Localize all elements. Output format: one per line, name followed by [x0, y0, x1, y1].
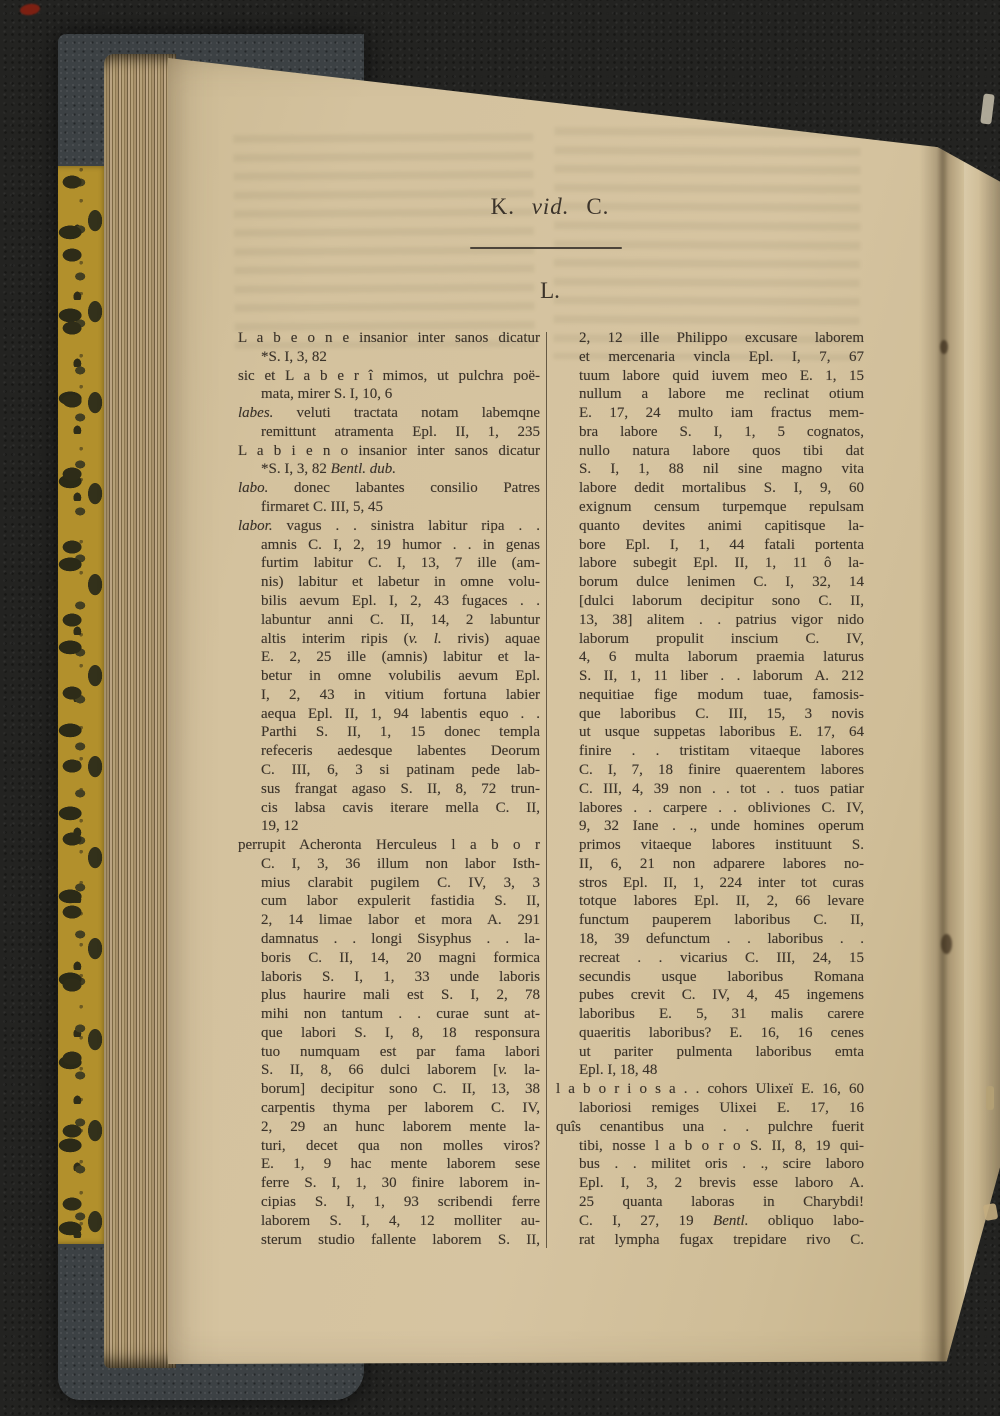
- gutter-crease: [920, 138, 964, 1393]
- text-line: Epl. I, 3, 2 brevis esse laboro A.: [579, 1174, 864, 1193]
- text-line: carpentis thyma per laborem C. IV,: [261, 1099, 540, 1118]
- text-line: bus . . militet oris . ., scire laboro: [579, 1155, 864, 1174]
- text-line: labore dedit mortalibus S. I, 9, 60: [579, 479, 864, 498]
- text-line: que laboribus C. III, 15, 3 novis: [579, 705, 864, 724]
- text-line: labore subegit Epl. II, 1, 11 ô la-: [579, 554, 864, 573]
- text-line: bra labore S. I, 1, 5 cognatos,: [579, 423, 864, 442]
- text-line: cipias S. I, 1, 93 scribendi ferre: [261, 1193, 540, 1212]
- text-line: Epl. I, 18, 48: [579, 1061, 864, 1080]
- text-line: I, 2, 43 in vitium fortuna labier: [261, 686, 540, 705]
- text-line: bilis aevum Epl. I, 2, 43 fugaces . .: [261, 592, 540, 611]
- text-line: boris C. II, 14, 20 magni formica: [261, 949, 540, 968]
- text-line: recreat . . vicarius C. III, 24, 15: [579, 949, 864, 968]
- text-line: labes. veluti tractata notam labemqne: [238, 404, 540, 423]
- text-line: laboribus E. 5, 31 malis carere: [579, 1005, 864, 1024]
- text-line: stros Epl. II, 1, 224 inter tot curas: [579, 874, 864, 893]
- text-line: amnis C. I, 2, 19 humor . . in genas: [261, 536, 540, 555]
- text-line: damnatus . . longi Sisyphus . . la-: [261, 930, 540, 949]
- text-line: nullum a labore me reclinat otium: [579, 385, 864, 404]
- text-line: mihi non tantum . . curae sunt at-: [261, 1005, 540, 1024]
- text-line: quaeritis laboribus? E. 16, 16 cenes: [579, 1024, 864, 1043]
- text-line: 13, 38] alitem . . patrius vigor nido: [579, 611, 864, 630]
- text-line: quîs cenantibus una . . pulchre fuerit: [556, 1118, 864, 1137]
- section-letter-heading: L.: [168, 278, 932, 304]
- text-line: laborem S. I, 4, 12 molliter au-: [261, 1212, 540, 1231]
- text-line: *S. I, 3, 82: [261, 348, 540, 367]
- text-line: C. III, 4, 39 non . . tot . . tuos patia…: [579, 780, 864, 799]
- text-line: *S. I, 3, 82 Bentl. dub.: [261, 460, 540, 479]
- text-line: mius clarabit pugilem C. IV, 3, 3: [261, 874, 540, 893]
- page-edge-stack: [104, 54, 176, 1368]
- text-line: labuntur anni C. II, 14, 2 labuntur: [261, 611, 540, 630]
- text-line: C. I, 7, 18 finire quaerentem labores: [579, 761, 864, 780]
- text-line: ut usque suppetas laboribus E. 17, 64: [579, 723, 864, 742]
- text-line: primos vitaeque labores instituunt S.: [579, 836, 864, 855]
- text-line: sus frangat agaso S. II, 8, 72 trun-: [261, 780, 540, 799]
- text-line: et mercenaria vincla Epl. I, 7, 67: [579, 348, 864, 367]
- text-line: laboris S. I, 1, 33 unde laboris: [261, 968, 540, 987]
- text-line: functum pauperem laboribus C. II,: [579, 911, 864, 930]
- text-line: 25 quanta laboras in Charybdi!: [579, 1193, 864, 1212]
- text-line: betur in omne volubilis aevum Epl.: [261, 667, 540, 686]
- text-line: C. I, 27, 19 Bentl. obliquo labo-: [579, 1212, 864, 1231]
- text-line: E. 2, 25 ille (amnis) labitur et la-: [261, 648, 540, 667]
- text-line: sic et L a b e r î mimos, ut pulchra poë…: [238, 367, 540, 386]
- text-line: labor. vagus . . sinistra labitur ripa .…: [238, 517, 540, 536]
- text-line: S. II, 1, 11 liber . . laborum A. 212: [579, 667, 864, 686]
- marbled-edge-strip: [58, 166, 108, 1244]
- text-line: nis) labitur et labetur in omne volu-: [261, 573, 540, 592]
- text-line: tibi, nosse l a b o r o S. II, 8, 19 qui…: [579, 1137, 864, 1156]
- text-line: labores . . carpere . . obliviones C. IV…: [579, 799, 864, 818]
- text-line: turi, decet qua non molles viros?: [261, 1137, 540, 1156]
- text-line: II, 6, 21 non adparere labores no-: [579, 855, 864, 874]
- text-line: Parthi S. II, 1, 15 donec templa: [261, 723, 540, 742]
- text-line: ferre S. I, 1, 30 finire laborem in-: [261, 1174, 540, 1193]
- index-column-right: 2, 12 ille Philippo excusare laboremet m…: [556, 329, 864, 1249]
- text-line: borum] decipitur sono C. II, 13, 38: [261, 1080, 540, 1099]
- text-line: firmaret C. III, 5, 45: [261, 498, 540, 517]
- text-line: quanto devites animi capitisque la-: [579, 517, 864, 536]
- text-line: que labori S. I, 8, 18 responsura: [261, 1024, 540, 1043]
- text-line: S. I, 1, 88 nil sine magno vita: [579, 460, 864, 479]
- text-line: 2, 12 ille Philippo excusare laborem: [579, 329, 864, 348]
- text-line: exignum censum turpemque repulsam: [579, 498, 864, 517]
- text-line: 2, 14 limae labor et mora A. 291: [261, 911, 540, 930]
- text-line: L a b i e n o insanior inter sanos dicat…: [238, 442, 540, 461]
- text-line: labo. donec labantes consilio Patres: [238, 479, 540, 498]
- column-divider-rule: [546, 332, 547, 1248]
- show-through-smudge: [233, 133, 534, 349]
- text-line: refeceris aedesque labentes Deorum: [261, 742, 540, 761]
- text-line: ut pariter pulmenta laboribus emta: [579, 1043, 864, 1062]
- text-line: mata, mirer S. I, 10, 6: [261, 385, 540, 404]
- page-edge-mark: [983, 1203, 999, 1221]
- text-line: 19, 12: [261, 817, 540, 836]
- text-line: C. III, 6, 3 si patinam pede lab-: [261, 761, 540, 780]
- text-line: secundis usque laboribus Romana: [579, 968, 864, 987]
- text-line: 2, 29 an hunc laborem mente la-: [261, 1118, 540, 1137]
- text-line: S. II, 8, 66 dulci laborem [v. la-: [261, 1061, 540, 1080]
- text-line: cis labsa cavis iterare mella C. II,: [261, 799, 540, 818]
- text-line: [dulci laborum decipitur sono C. II,: [579, 592, 864, 611]
- cross-reference-heading: K. vid. C.: [168, 194, 932, 220]
- text-line: furtim labitur C. I, 13, 7 ille (am-: [261, 554, 540, 573]
- text-line: altis interim ripis (v. l. rivis) aquae: [261, 630, 540, 649]
- red-marker-dot: [19, 3, 40, 17]
- text-line: pubes crevit C. IV, 4, 45 ingemens: [579, 986, 864, 1005]
- text-line: E. 1, 9 hac mente laborem sese: [261, 1155, 540, 1174]
- text-line: tuum labore quid iuvem meo E. 1, 15: [579, 367, 864, 386]
- text-line: laborum propulit inscium C. IV,: [579, 630, 864, 649]
- text-line: cum labor expulerit fastidia S. II,: [261, 892, 540, 911]
- index-column-left: L a b e o n e insanior inter sanos dicat…: [238, 329, 540, 1249]
- text-line: aequa Epl. II, 1, 94 labentis equo . .: [261, 705, 540, 724]
- text-line: totque labores Epl. II, 2, 66 levare: [579, 892, 864, 911]
- page-edge-mark: [986, 1086, 994, 1110]
- section-divider-rule: [470, 247, 622, 249]
- text-line: 9, 32 Iane . ., unde homines operum: [579, 817, 864, 836]
- text-line: rat lympha fugax trepidare rivo C.: [579, 1231, 864, 1250]
- text-line: sterum studio fallente laborem S. II,: [261, 1231, 540, 1250]
- show-through-smudge: [553, 127, 860, 361]
- text-line: bore Epl. I, 1, 44 fatali portenta: [579, 536, 864, 555]
- text-line: L a b e o n e insanior inter sanos dicat…: [238, 329, 540, 348]
- text-line: remittunt atramenta Epl. II, 1, 235: [261, 423, 540, 442]
- text-line: 18, 39 defunctum . . laboribus . .: [579, 930, 864, 949]
- binding-hole: [940, 340, 948, 354]
- page-edge-mark: [980, 93, 995, 124]
- text-line: perrupit Acheronta Herculeus l a b o r: [238, 836, 540, 855]
- text-line: nequitiae fige modum tuae, famosis-: [579, 686, 864, 705]
- text-line: l a b o r i o s a . . cohors Ulixeï E. 1…: [556, 1080, 864, 1099]
- text-line: laboriosi remiges Ulixei E. 17, 16: [579, 1099, 864, 1118]
- text-line: borum dulce lenimen C. I, 32, 14: [579, 573, 864, 592]
- text-line: tuo numquam est par fama labori: [261, 1043, 540, 1062]
- book-page: K. vid. C. L. L a b e o n e insanior int…: [168, 50, 1000, 1380]
- text-line: 4, 6 multa laborum praemia laturus: [579, 648, 864, 667]
- text-line: nullo natura labore quos tibi dat: [579, 442, 864, 461]
- text-line: plus haurire mali est S. I, 2, 78: [261, 986, 540, 1005]
- text-line: C. I, 3, 36 illum non labor Isth-: [261, 855, 540, 874]
- text-line: finire . . tristitam vitaeque labores: [579, 742, 864, 761]
- text-line: E. 17, 24 multo iam fractus mem-: [579, 404, 864, 423]
- binding-hole: [938, 108, 947, 125]
- binding-hole: [941, 934, 952, 954]
- book-scan: K. vid. C. L. L a b e o n e insanior int…: [0, 0, 1000, 1416]
